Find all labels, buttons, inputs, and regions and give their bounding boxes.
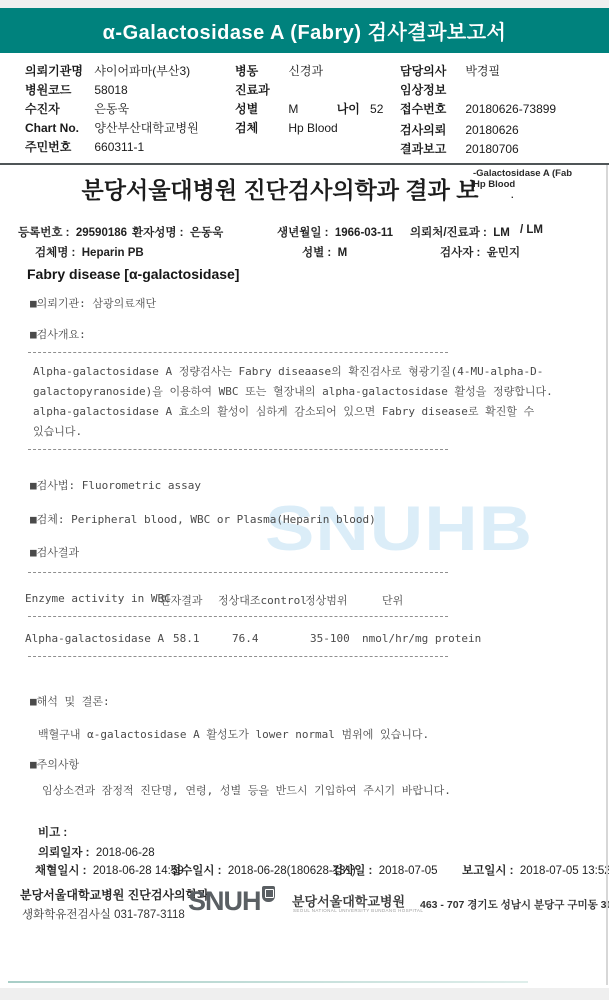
field-label: 접수일시 : bbox=[170, 865, 221, 877]
info-value: 660311-1 bbox=[94, 140, 144, 154]
snuh-shield-icon bbox=[262, 886, 275, 902]
method-line: ■검사법: Fluorometric assay bbox=[30, 477, 201, 493]
info-value: 20180626-73899 bbox=[465, 102, 556, 116]
table-header-control: 정상대조control bbox=[218, 592, 307, 608]
table-header-normal-range: 정상범위 bbox=[305, 592, 348, 608]
info-label: 병동 bbox=[235, 62, 285, 79]
info-row-hospital-code: 병원코드 58018 bbox=[25, 81, 128, 100]
field-label: 보고일시 : bbox=[462, 865, 513, 877]
dashed-divider bbox=[28, 572, 448, 573]
info-row-chart-no: Chart No. 양산부산대학교병원 bbox=[25, 119, 199, 138]
field-label: 비고 : bbox=[38, 827, 67, 839]
field-label: 생년월일 : bbox=[277, 227, 328, 239]
snuh-watermark: SNUHB bbox=[265, 492, 533, 564]
caution-heading: ■주의사항 bbox=[30, 756, 79, 772]
info-label: 담당의사 bbox=[400, 62, 462, 79]
field-value: 2018-07-05 13:52 bbox=[520, 865, 609, 877]
footer-dept-line1: 분당서울대학교병원 진단검사의학과 bbox=[20, 886, 209, 903]
examiner: 검사자 : 윤민지 bbox=[440, 244, 520, 260]
info-row-sex-age: 성별 M 나이 52 bbox=[235, 100, 383, 119]
info-value: 신경과 bbox=[288, 64, 323, 78]
info-label: 병원코드 bbox=[25, 81, 91, 98]
info-row-doctor: 담당의사 박경필 bbox=[400, 62, 500, 81]
dashed-divider bbox=[28, 616, 448, 617]
info-row-specimen: 검체 Hp Blood bbox=[235, 119, 338, 138]
overview-heading: ■검사개요: bbox=[30, 326, 86, 342]
report-page: α-Galactosidase A (Fabry) 검사결과보고서 의뢰기관명 … bbox=[0, 0, 609, 1000]
info-label: 임상정보 bbox=[400, 81, 462, 98]
field-value: Heparin PB bbox=[82, 247, 144, 259]
info-row-department: 진료과 bbox=[235, 81, 285, 100]
info-value: 박경필 bbox=[465, 64, 500, 78]
overview-line-2: galactopyranoside)을 이용하여 WBC 또는 혈장내의 alp… bbox=[33, 383, 553, 399]
field-value: M bbox=[338, 247, 348, 259]
info-value: 샤이어파마(부산3) bbox=[94, 64, 190, 78]
overview-line-3: alpha-galactosidase A 효소의 활성이 심하게 감소되어 있… bbox=[33, 403, 534, 419]
field-value: 1966-03-11 bbox=[335, 227, 393, 239]
info-value: 20180706 bbox=[465, 142, 518, 156]
info-row-ward: 병동 신경과 bbox=[235, 62, 323, 81]
conclusion-text: 백혈구내 α-galactosidase A 활성도가 lower normal… bbox=[38, 726, 429, 742]
dashed-divider bbox=[28, 449, 448, 450]
table-cell-test-name: Alpha-galactosidase A bbox=[25, 632, 164, 645]
corner-note: -Galactosidase A (Fab Hp Blood . bbox=[473, 168, 601, 201]
section-divider bbox=[0, 163, 609, 165]
info-label: 접수번호 bbox=[400, 100, 462, 117]
disease-heading: Fabry disease [α-galactosidase] bbox=[27, 266, 239, 282]
specimen-line: ■검체: Peripheral blood, WBC or Plasma(Hep… bbox=[30, 511, 376, 527]
test-date: 검사일 : 2018-07-05 bbox=[332, 862, 438, 878]
patient-referrer-dept2: / LM bbox=[520, 224, 543, 236]
info-row-receipt-no: 접수번호 20180626-73899 bbox=[400, 100, 556, 119]
corner-dot: . bbox=[473, 190, 601, 201]
field-value: / LM bbox=[520, 224, 543, 236]
bottom-strip bbox=[0, 988, 609, 1000]
info-label: 결과보고 bbox=[400, 140, 462, 157]
field-value: 윤민지 bbox=[487, 247, 520, 259]
info-label: 의뢰기관명 bbox=[25, 62, 91, 79]
patient-sex: 성별 : M bbox=[302, 244, 347, 260]
dashed-divider bbox=[28, 656, 448, 657]
info-value: 58018 bbox=[94, 83, 127, 97]
bottom-teal-line bbox=[8, 981, 528, 983]
info-value: Hp Blood bbox=[288, 121, 337, 135]
note-label: 비고 : bbox=[38, 824, 67, 840]
info-label: 진료과 bbox=[235, 81, 285, 98]
result-heading: ■검사결과 bbox=[30, 544, 79, 560]
table-header-patient-result: 환자결과 bbox=[160, 592, 203, 608]
document-title: 분당서울대병원 진단검사의학과 결과 보 bbox=[70, 172, 490, 205]
field-label: 의뢰처/진료과 : bbox=[410, 227, 487, 239]
field-label: 등록번호 : bbox=[18, 227, 69, 239]
field-label: 성별 : bbox=[302, 247, 331, 259]
info-value: 20180626 bbox=[465, 123, 518, 137]
info-label: 검체 bbox=[235, 119, 285, 136]
overview-line-1: Alpha-galactosidase A 정량검사는 Fabry diseaa… bbox=[33, 363, 543, 379]
info-value-age: 52 bbox=[370, 102, 383, 116]
field-label: 검사자 : bbox=[440, 247, 480, 259]
patient-birthdate: 생년월일 : 1966-03-11 bbox=[277, 224, 393, 240]
info-value: 은동욱 bbox=[94, 102, 129, 116]
corner-line1: -Galactosidase A (Fab bbox=[473, 168, 601, 179]
info-value: 양산부산대학교병원 bbox=[94, 121, 198, 135]
field-value: 29590186 bbox=[76, 227, 127, 239]
field-value: 은동욱 bbox=[190, 227, 223, 239]
field-value: LM bbox=[493, 227, 510, 239]
info-row-patient: 수진자 은동욱 bbox=[25, 100, 129, 119]
field-value: 2018-07-05 bbox=[379, 865, 438, 877]
table-cell-control: 76.4 bbox=[232, 632, 259, 645]
info-label-age: 나이 bbox=[337, 100, 367, 117]
info-row-resident-no: 주민번호 660311-1 bbox=[25, 138, 144, 157]
table-cell-patient-result: 58.1 bbox=[173, 632, 200, 645]
corner-line2: Hp Blood bbox=[473, 179, 601, 190]
info-row-clinical-info: 임상정보 bbox=[400, 81, 462, 100]
overview-line-4: 있습니다. bbox=[33, 423, 82, 439]
info-label: 주민번호 bbox=[25, 138, 91, 155]
info-label: 검사의뢰 bbox=[400, 121, 462, 138]
footer-dept-line2: 생화학유전검사실 031-787-3118 bbox=[22, 906, 185, 922]
table-cell-unit: nmol/hr/mg protein bbox=[362, 632, 481, 645]
request-date: 의뢰일자 : 2018-06-28 bbox=[38, 844, 155, 860]
info-row-report-date: 결과보고 20180706 bbox=[400, 140, 519, 159]
table-cell-normal-range: 35-100 bbox=[310, 632, 350, 645]
table-header-test: Enzyme activity in WBC bbox=[25, 592, 171, 605]
info-label: 성별 bbox=[235, 100, 285, 117]
info-label: Chart No. bbox=[25, 121, 91, 135]
patient-referrer-dept: 의뢰처/진료과 : LM bbox=[410, 224, 510, 240]
snuh-hospital-subtext: SEOUL NATIONAL UNIVERSITY BUNDANG HOSPIT… bbox=[293, 908, 423, 913]
snuh-logo-text: SNUH bbox=[188, 886, 261, 916]
patient-reg-no: 등록번호 : 29590186 bbox=[18, 224, 127, 240]
receipt-datetime: 접수일시 : 2018-06-28(180628-131) bbox=[170, 862, 356, 878]
top-strip bbox=[0, 0, 609, 8]
report-title: α-Galactosidase A (Fabry) 검사결과보고서 bbox=[0, 16, 609, 45]
field-label: 검사일 : bbox=[332, 865, 372, 877]
info-row-test-request-date: 검사의뢰 20180626 bbox=[400, 121, 519, 140]
field-label: 채혈일시 : bbox=[35, 865, 86, 877]
snuh-logo: SNUH bbox=[188, 886, 274, 917]
referrer-line: ■의뢰기관: 삼광의료재단 bbox=[30, 295, 156, 311]
field-label: 환자성명 : bbox=[132, 227, 183, 239]
field-value: 2018-06-28 bbox=[96, 847, 155, 859]
field-label: 검체명 : bbox=[35, 247, 75, 259]
footer-address: 463 - 707 경기도 성남시 분당구 구미동 300 bbox=[420, 897, 609, 912]
info-value: M bbox=[288, 102, 333, 116]
info-label: 수진자 bbox=[25, 100, 91, 117]
patient-specimen-name: 검체명 : Heparin PB bbox=[35, 244, 144, 260]
page-right-edge bbox=[606, 165, 608, 985]
caution-text: 임상소견과 잠정적 진단명, 연령, 성별 등을 반드시 기입하여 주시기 바랍… bbox=[42, 782, 451, 798]
report-datetime: 보고일시 : 2018-07-05 13:52 bbox=[462, 862, 609, 878]
dashed-divider bbox=[28, 352, 448, 353]
info-row-requesting-org: 의뢰기관명 샤이어파마(부산3) bbox=[25, 62, 190, 81]
collection-datetime: 채혈일시 : 2018-06-28 14:59 bbox=[35, 862, 184, 878]
table-header-unit: 단위 bbox=[382, 592, 403, 608]
field-label: 의뢰일자 : bbox=[38, 847, 89, 859]
conclusion-heading: ■해석 및 결론: bbox=[30, 693, 110, 709]
patient-name: 환자성명 : 은동욱 bbox=[132, 224, 223, 240]
